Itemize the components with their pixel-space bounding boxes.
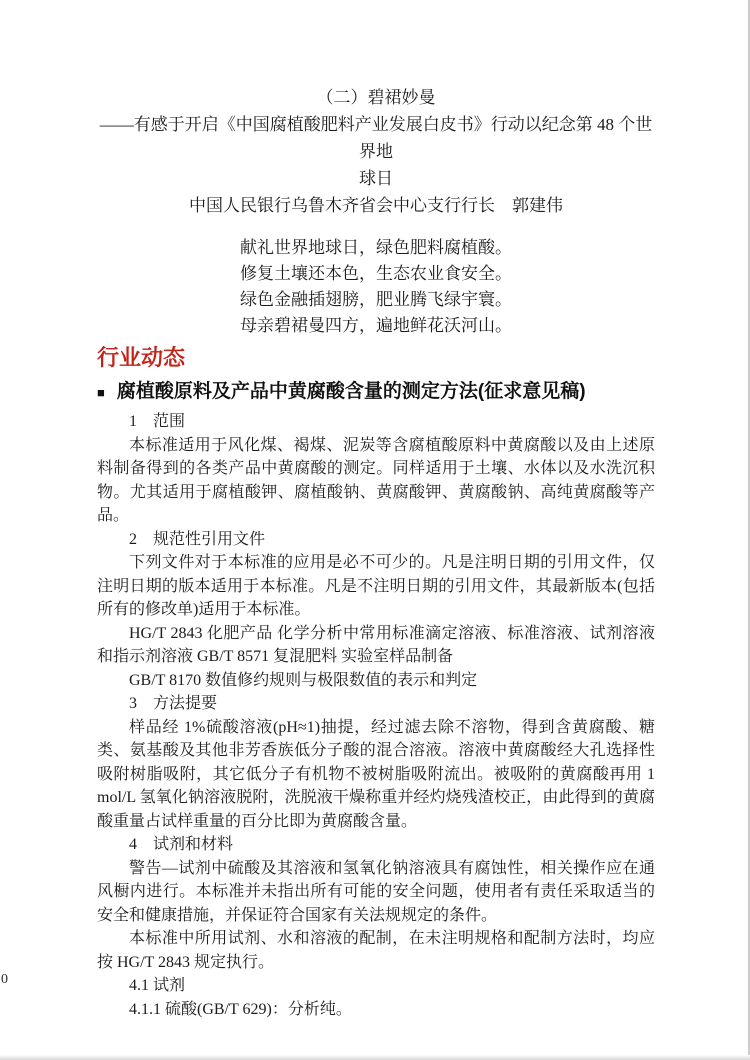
document-page: （二）碧裙妙曼 ——有感于开启《中国腐植酸肥料产业发展白皮书》行动以纪念第 48… xyxy=(0,0,750,1060)
body-paragraph: HG/T 2843 化肥产品 化学分析中常用标准滴定溶液、标准溶液、试剂溶液和指… xyxy=(97,622,655,669)
square-bullet-icon: ■ xyxy=(97,381,105,405)
body-paragraph: 样品经 1%硫酸溶液(pH≈1)抽提，经过滤去除不溶物，得到含黄腐酸、糖类、氨基… xyxy=(97,716,655,834)
section-heading-industry-news: 行业动态 xyxy=(97,345,655,371)
section-heading: 2 规范性引用文件 xyxy=(97,528,655,552)
body-paragraph: GB/T 8170 数值修约规则与极限数值的表示和判定 xyxy=(97,669,655,693)
page-edge-bottom xyxy=(0,1055,750,1060)
page-number: 0 xyxy=(1,972,8,988)
poem-line: 绿色金融插翅膀，肥业腾飞绿宇寰。 xyxy=(97,287,655,313)
section-heading: 4.1 试剂 xyxy=(97,974,655,998)
poem-line: 修复土壤还本色，生态农业食安全。 xyxy=(97,261,655,287)
poem-subtitle-line1: ——有感于开启《中国腐植酸肥料产业发展白皮书》行动以纪念第 48 个世界地 xyxy=(97,111,655,165)
poem-line: 献礼世界地球日，绿色肥料腐植酸。 xyxy=(97,235,655,261)
body-paragraph: 警告—试剂中硫酸及其溶液和氢氧化钠溶液具有腐蚀性，相关操作应在通风橱内进行。本标… xyxy=(97,857,655,928)
body-paragraph: 本标准适用于风化煤、褐煤、泥炭等含腐植酸原料中黄腐酸以及由上述原料制备得到的各类… xyxy=(97,434,655,528)
poem-title: （二）碧裙妙曼 xyxy=(97,84,655,111)
body-paragraph: 下列文件对于本标准的应用是必不可少的。凡是注明日期的引用文件，仅注明日期的版本适… xyxy=(97,551,655,622)
section-heading: 3 方法提要 xyxy=(97,692,655,716)
poem-subtitle-line2: 球日 xyxy=(97,165,655,192)
section-heading: 4 试剂和材料 xyxy=(97,833,655,857)
standard-article-title: ■ 腐植酸原料及产品中黄腐酸含量的测定方法(征求意见稿) xyxy=(97,380,655,404)
page-content: （二）碧裙妙曼 ——有感于开启《中国腐植酸肥料产业发展白皮书》行动以纪念第 48… xyxy=(97,84,655,1021)
section-heading: 1 范围 xyxy=(97,410,655,434)
article-header: （二）碧裙妙曼 ——有感于开启《中国腐植酸肥料产业发展白皮书》行动以纪念第 48… xyxy=(97,84,655,219)
standard-body: 1 范围 本标准适用于风化煤、褐煤、泥炭等含腐植酸原料中黄腐酸以及由上述原料制备… xyxy=(97,410,655,1021)
body-paragraph: 本标准中所用试剂、水和溶液的配制，在未注明规格和配制方法时，均应按 HG/T 2… xyxy=(97,927,655,974)
body-paragraph: 4.1.1 硫酸(GB/T 629)：分析纯。 xyxy=(97,998,655,1022)
standard-article-title-text: 腐植酸原料及产品中黄腐酸含量的测定方法(征求意见稿) xyxy=(117,380,586,404)
poem: 献礼世界地球日，绿色肥料腐植酸。 修复土壤还本色，生态农业食安全。 绿色金融插翅… xyxy=(97,235,655,339)
poem-line: 母亲碧裙曼四方，遍地鲜花沃河山。 xyxy=(97,313,655,339)
poem-byline: 中国人民银行乌鲁木齐省会中心支行行长 郭建伟 xyxy=(97,192,655,219)
